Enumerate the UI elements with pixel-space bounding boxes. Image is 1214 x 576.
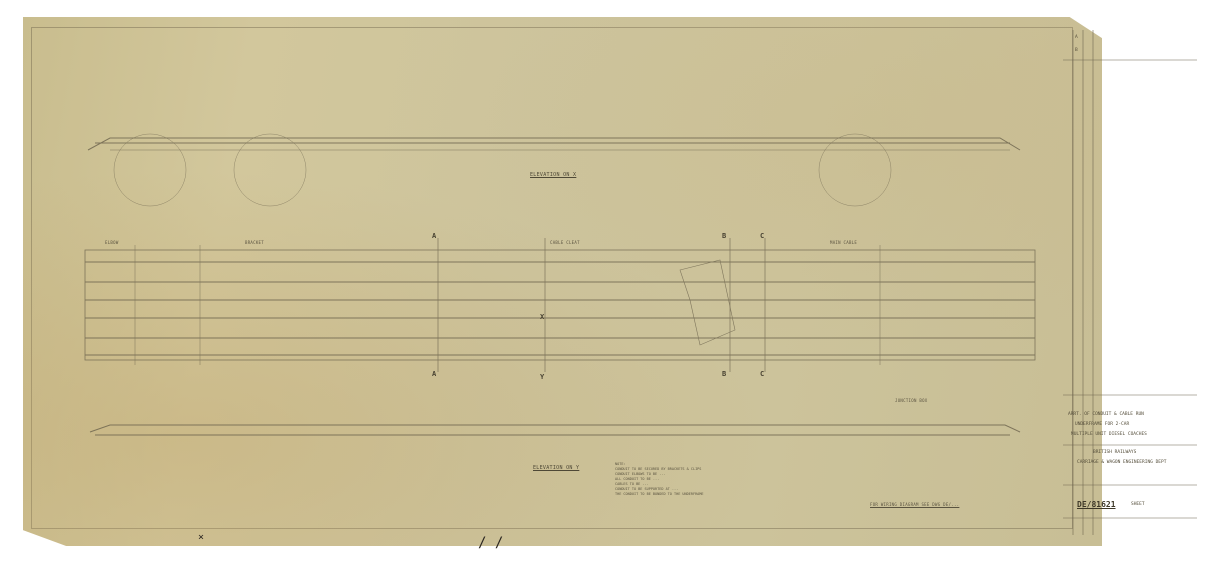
elevation-x-title: ELEVATION ON X <box>530 172 576 178</box>
label-elbow: ELBOW <box>105 240 119 245</box>
section-marker-c-top: C <box>760 232 764 240</box>
elevation-x-outline <box>88 138 1020 150</box>
revision-b: B <box>1075 48 1078 53</box>
label-main-cable: MAIN CABLE <box>830 240 857 245</box>
revision-a: A <box>1075 35 1078 40</box>
section-marker-x: X <box>540 313 544 321</box>
department: CARRIAGE & WAGON ENGINEERING DEPT <box>1077 460 1166 465</box>
pencil-mark-strokes: / / <box>478 535 503 551</box>
title-line-3: MULTIPLE UNIT DIESEL COACHES <box>1071 432 1147 437</box>
drawing-number: DE/81621 <box>1077 500 1116 509</box>
label-cable-cleat: CABLE CLEAT <box>550 240 580 245</box>
underframe-drawing <box>0 0 1214 576</box>
notes-block: NOTE: CONDUIT TO BE SECURED BY BRACKETS … <box>615 462 815 497</box>
section-marker-b-bottom: B <box>722 370 726 378</box>
title-block: A B ARRT. OF CONDUIT & CABLE RUN UNDERFR… <box>1063 30 1197 535</box>
label-junction-box: JUNCTION BOX <box>895 398 928 403</box>
organization: BRITISH RAILWAYS <box>1093 450 1136 455</box>
section-marker-c-bottom: C <box>760 370 764 378</box>
section-marker-a-bottom: A <box>432 370 436 378</box>
title-line-1: ARRT. OF CONDUIT & CABLE RUN <box>1068 412 1144 417</box>
elevation-y-title: ELEVATION ON Y <box>533 465 579 471</box>
section-marker-b-top: B <box>722 232 726 240</box>
section-marker-a-top: A <box>432 232 436 240</box>
pencil-mark-x: × <box>198 532 204 543</box>
section-marker-y: Y <box>540 373 544 381</box>
bottom-note: FOR WIRING DIAGRAM SEE DWG DE/... <box>870 502 959 507</box>
title-line-2: UNDERFRAME FOR 2-CAR <box>1075 422 1129 427</box>
label-bracket: BRACKET <box>245 240 264 245</box>
sheet-label: SHEET <box>1131 502 1145 507</box>
